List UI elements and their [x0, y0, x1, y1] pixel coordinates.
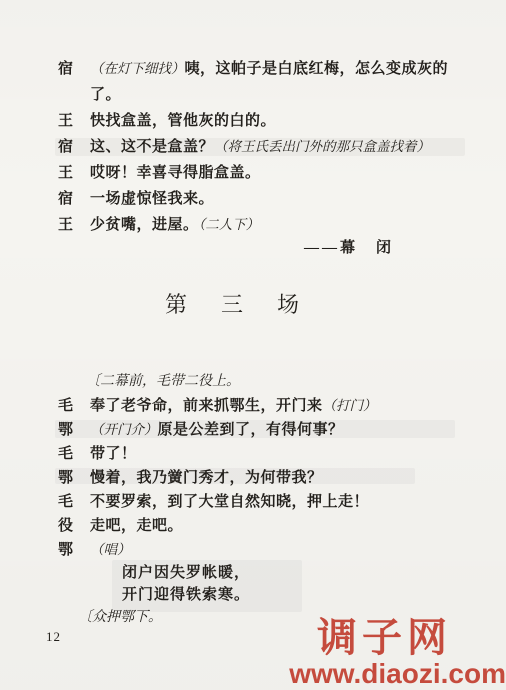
dialogue-text: 这、这不是盒盖？ [90, 139, 214, 155]
role-label: 王 [58, 212, 90, 238]
stage-direction-inline: （开门介） [90, 422, 158, 437]
dialogue-text: 不要罗索，到了大堂自然知晓，押上走！ [90, 494, 369, 510]
dialogue-line: 役 走吧，走吧。 [0, 514, 506, 538]
dialogue-text: 奉了老爷命，前来抓鄂生，开门来 [90, 398, 323, 414]
speech-text: 走吧，走吧。 [90, 514, 462, 538]
dialogue-text: 少贫嘴，进屋。 [90, 217, 199, 233]
song-line: 开门迎得铁索寒。 [0, 584, 506, 606]
dialogue-line: 王 哎呀！幸喜寻得脂盒盖。 [0, 160, 506, 186]
dialogue-line: 毛 带了！ [0, 442, 506, 466]
role-label: 毛 [58, 442, 90, 466]
dialogue-text: 快找盒盖，管他灰的白的。 [90, 113, 276, 129]
role-label: 宿 [58, 56, 90, 108]
dialogue-line: 宿 一场虚惊怪我来。 [0, 186, 506, 212]
dialogue-line: 鄂 （唱） [0, 538, 506, 562]
role-label: 宿 [58, 186, 90, 212]
speech-text: （在灯下细找）咦，这帕子是白底红梅，怎么变成灰的了。 [90, 56, 462, 108]
dialogue-line: 王 少贫嘴，进屋。（二人下） [0, 212, 506, 238]
dialogue-line: 宿 （在灯下细找）咦，这帕子是白底红梅，怎么变成灰的了。 [0, 56, 506, 108]
dialogue-text: 一场虚惊怪我来。 [90, 191, 214, 207]
role-label: 王 [58, 108, 90, 134]
role-label: 鄂 [58, 538, 90, 562]
watermark: 调子网 www.diaozi.com [289, 618, 506, 688]
role-label: 鄂 [58, 418, 90, 442]
dialogue-text: 哎呀！幸喜寻得脂盒盖。 [90, 165, 261, 181]
role-label: 毛 [58, 490, 90, 514]
curtain-close-note: ——幕 闭 [0, 238, 506, 258]
dialogue-line: 毛 不要罗索，到了大堂自然知晓，押上走！ [0, 490, 506, 514]
speech-text: 这、这不是盒盖？（将王氏丢出门外的那只盒盖找着） [90, 134, 462, 160]
stage-direction-inline: （打门） [323, 398, 377, 413]
speech-text: 一场虚惊怪我来。 [90, 186, 462, 212]
dialogue-text: 走吧，走吧。 [90, 518, 183, 534]
role-label: 役 [58, 514, 90, 538]
dialogue-line: 鄂 （开门介）原是公差到了，有得何事？ [0, 418, 506, 442]
speech-text: 慢着，我乃黉门秀才，为何带我？ [90, 466, 462, 490]
speech-text: 带了！ [90, 442, 462, 466]
speech-text: （开门介）原是公差到了，有得何事？ [90, 418, 462, 442]
speech-text: 哎呀！幸喜寻得脂盒盖。 [90, 160, 462, 186]
watermark-site-name: 调子网 [289, 618, 452, 658]
act-title: 第 三 场 [0, 292, 470, 318]
act2-ending-block: 宿 （在灯下细找）咦，这帕子是白底红梅，怎么变成灰的了。 王 快找盒盖，管他灰的… [0, 56, 506, 258]
speech-text: （唱） [90, 538, 462, 562]
dialogue-line: 毛 奉了老爷命，前来抓鄂生，开门来（打门） [0, 394, 506, 418]
act3-block: 〔二幕前，毛带二役上。 毛 奉了老爷命，前来抓鄂生，开门来（打门） 鄂 （开门介… [0, 370, 506, 630]
role-label: 毛 [58, 394, 90, 418]
dialogue-line: 王 快找盒盖，管他灰的白的。 [0, 108, 506, 134]
speech-text: 奉了老爷命，前来抓鄂生，开门来（打门） [90, 394, 462, 418]
role-label: 王 [58, 160, 90, 186]
song-line: 闭户因失罗帐暖， [0, 562, 506, 584]
role-label: 宿 [58, 134, 90, 160]
stage-direction-inline: （二人下） [199, 217, 260, 232]
dialogue-line: 鄂 慢着，我乃黉门秀才，为何带我？ [0, 466, 506, 490]
speech-text: 快找盒盖，管他灰的白的。 [90, 108, 462, 134]
page-number: 12 [46, 629, 61, 645]
scanned-script-page: 宿 （在灯下细找）咦，这帕子是白底红梅，怎么变成灰的了。 王 快找盒盖，管他灰的… [0, 0, 506, 690]
speech-text: 不要罗索，到了大堂自然知晓，押上走！ [90, 490, 462, 514]
dialogue-text: 慢着，我乃黉门秀才，为何带我？ [90, 470, 323, 486]
role-label: 鄂 [58, 466, 90, 490]
dialogue-text: 带了！ [90, 446, 137, 462]
speech-text: 少贫嘴，进屋。（二人下） [90, 212, 462, 238]
stage-direction-inline: （唱） [90, 542, 131, 557]
dialogue-text: 原是公差到了，有得何事？ [158, 422, 344, 438]
watermark-site-url: www.diaozi.com [289, 660, 506, 688]
stage-direction-line: 〔二幕前，毛带二役上。 [0, 370, 506, 394]
stage-direction-inline: （将王氏丢出门外的那只盒盖找着） [214, 139, 430, 154]
dialogue-line: 宿 这、这不是盒盖？（将王氏丢出门外的那只盒盖找着） [0, 134, 506, 160]
script-text: 宿 （在灯下细找）咦，这帕子是白底红梅，怎么变成灰的了。 王 快找盒盖，管他灰的… [0, 56, 506, 630]
stage-direction-inline: （在灯下细找） [90, 61, 185, 76]
